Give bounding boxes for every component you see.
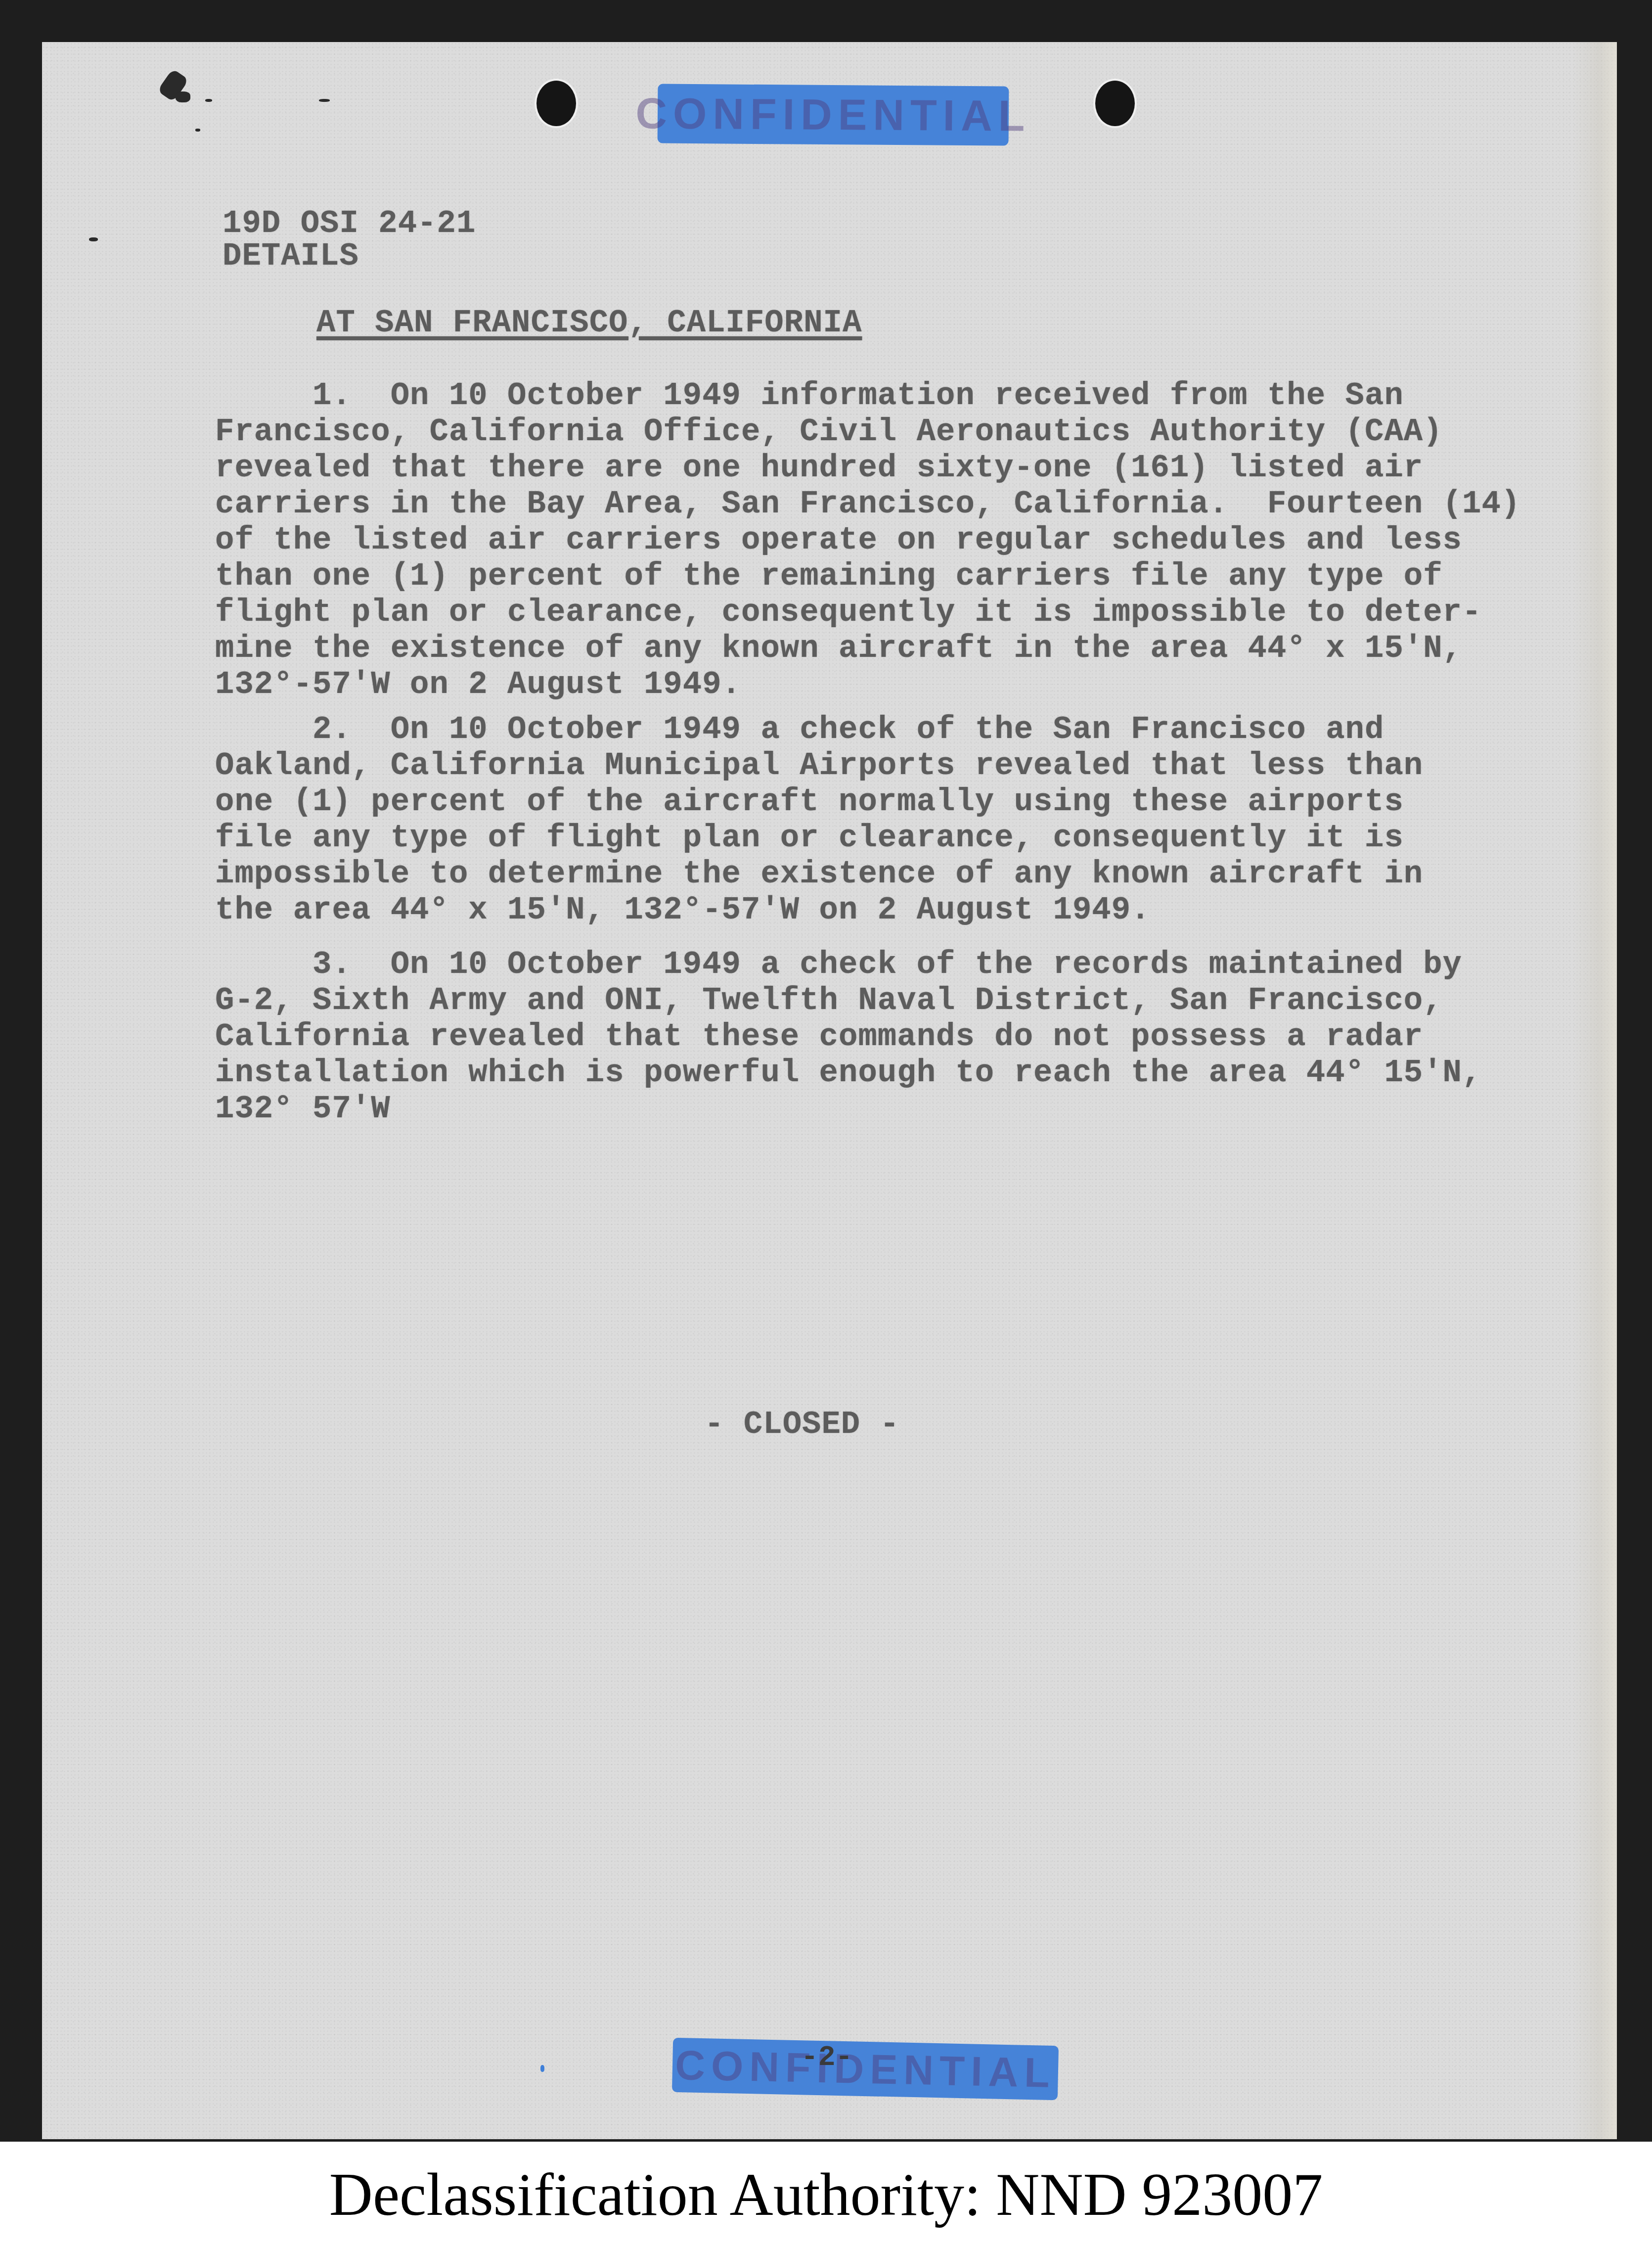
speck-mark [319, 99, 330, 102]
text-line: 2. On 10 October 1949 a check of the San… [215, 712, 1384, 748]
declassification-caption: Declassification Authority: NND 923007 [0, 2142, 1652, 2248]
punch-hole-right [1095, 81, 1135, 126]
text-line: California revealed that these commands … [215, 1019, 1423, 1055]
text-line: G-2, Sixth Army and ONI, Twelfth Naval D… [215, 983, 1443, 1019]
text-line: the area 44° x 15'N, 132°-57'W on 2 Augu… [215, 893, 1151, 928]
torn-right-edge [1572, 42, 1617, 2139]
stamp-text: CONFIDENTIAL [674, 2041, 1056, 2097]
text-line: one (1) percent of the aircraft normally… [215, 784, 1404, 820]
speck-mark [89, 237, 98, 241]
text-line: flight plan or clearance, consequently i… [215, 595, 1481, 631]
text-line: revealed that there are one hundred sixt… [215, 451, 1423, 486]
text-line: 3. On 10 October 1949 a check of the rec… [215, 947, 1462, 983]
text-line: Francisco, California Office, Civil Aero… [215, 414, 1443, 450]
section-label: DETAILS [223, 239, 359, 275]
text-line: than one (1) percent of the remaining ca… [215, 559, 1443, 595]
text-line: installation which is powerful enough to… [215, 1055, 1481, 1091]
text-line: mine the existence of any known aircraft… [215, 631, 1462, 667]
closed-marker: - CLOSED - [705, 1407, 899, 1443]
text-line: 132° 57'W [215, 1092, 391, 1127]
paragraph-1: 1. On 10 October 1949 information receiv… [215, 378, 1520, 703]
document-header: 19D OSI 24-21 DETAILS [223, 208, 476, 273]
paragraph-2: 2. On 10 October 1949 a check of the San… [215, 712, 1423, 929]
text-line: 132°-57'W on 2 August 1949. [215, 667, 741, 703]
speck-mark [205, 99, 212, 102]
punch-hole-left [536, 81, 576, 126]
speck-mark [195, 129, 200, 132]
text-line: 1. On 10 October 1949 information receiv… [215, 378, 1404, 414]
document-title: AT SAN FRANCISCO, CALIFORNIA [316, 306, 862, 342]
text-line: impossible to determine the existence of… [215, 857, 1423, 892]
paragraph-3: 3. On 10 October 1949 a check of the rec… [215, 947, 1481, 1128]
file-number: 19D OSI 24-21 [223, 206, 476, 242]
text-line: file any type of flight plan or clearanc… [215, 821, 1404, 856]
tear-mark [176, 92, 190, 102]
stamp-text: CONFIDENTIAL [635, 88, 1031, 141]
page-number: -2- [801, 2042, 852, 2074]
text-line: Oakland, California Municipal Airports r… [215, 748, 1423, 784]
classification-stamp-top: CONFIDENTIAL [658, 84, 1009, 146]
text-line: carriers in the Bay Area, San Francisco,… [215, 487, 1520, 522]
classification-stamp-bottom: CONFIDENTIAL [672, 2038, 1059, 2100]
text-line: of the listed air carriers operate on re… [215, 523, 1462, 558]
speck-mark [540, 2065, 544, 2072]
